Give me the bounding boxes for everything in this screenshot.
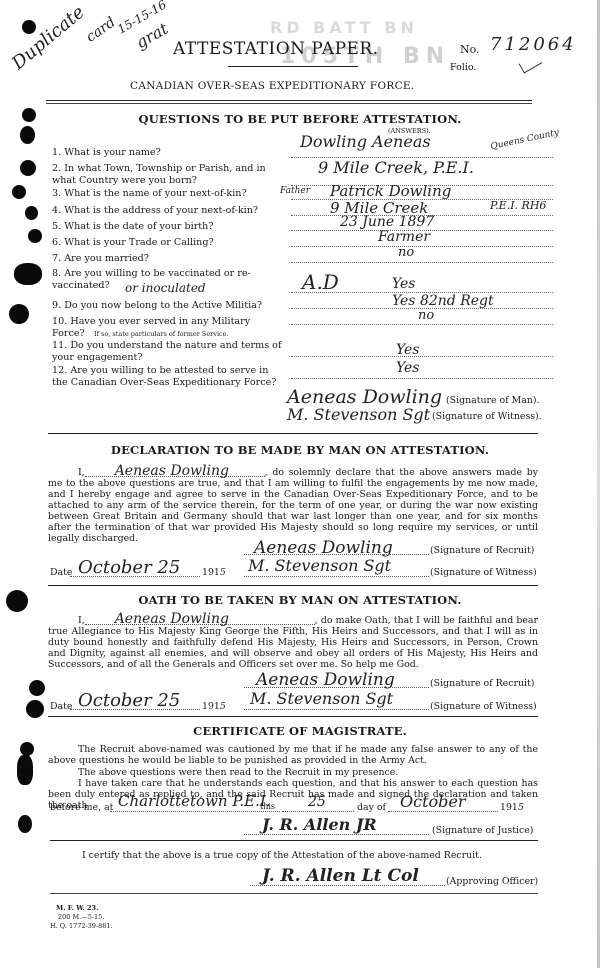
answer-8-initials: A.D	[302, 270, 339, 294]
hole-punch	[20, 126, 35, 144]
answer-7: no	[398, 245, 414, 260]
oath-year: 1915	[202, 701, 226, 712]
folio-label: Folio.	[450, 62, 476, 73]
magistrate-place: Charlottetown P.E.I.	[118, 792, 271, 810]
declaration-text: I,Aeneas Dowling, do solemnly declare th…	[48, 466, 538, 544]
footer-rule	[50, 893, 538, 894]
oath-name: Aeneas Dowling	[85, 614, 315, 625]
hole-punch	[25, 206, 38, 220]
section-rule	[48, 585, 538, 586]
day-of-label: day of	[357, 802, 386, 813]
document-title: ATTESTATION PAPER.	[173, 39, 379, 59]
oath-heading: OATH TO BE TAKEN BY MAN ON ATTESTATION.	[0, 593, 600, 607]
number-label: No.	[460, 43, 480, 56]
answer-10: no	[418, 308, 434, 323]
answer-line	[291, 324, 553, 325]
hole-punch	[14, 263, 42, 285]
questions-heading: QUESTIONS TO BE PUT BEFORE ATTESTATION.	[0, 112, 600, 126]
header-rule	[46, 100, 532, 101]
question-4: 4. What is the address of your next-of-k…	[52, 205, 282, 217]
signature-line	[244, 576, 429, 577]
magistrate-para-1: The Recruit above-named was cautioned by…	[48, 744, 538, 766]
magistrate-month: October	[400, 792, 466, 811]
oath-signature-witness: M. Stevenson Sgt	[250, 689, 393, 708]
signature-line	[244, 687, 429, 688]
oath-date: October 25	[78, 690, 180, 711]
hole-punch	[22, 20, 36, 34]
answer-line	[291, 246, 553, 247]
question-3: 3. What is the name of your next-of-kin?	[52, 188, 282, 200]
oath-text: I,Aeneas Dowling, do make Oath, that I w…	[48, 614, 538, 670]
magistrate-para-2: The above questions were then read to th…	[48, 767, 538, 778]
question-7: 7. Are you married?	[52, 253, 282, 265]
declaration-name: Aeneas Dowling	[85, 466, 265, 477]
regimental-number: 712064	[490, 34, 577, 55]
certification-text: I certify that the above is a true copy …	[82, 850, 482, 861]
signature-line	[244, 834, 429, 835]
hole-punch	[28, 229, 42, 243]
signature-line	[244, 709, 429, 710]
section-rule	[50, 840, 538, 841]
checkmark-icon	[519, 53, 543, 73]
hq-reference: H. Q. 1772-39-881.	[50, 922, 113, 930]
form-code: M. F. W. 23.	[56, 904, 98, 912]
oath-signature-witness-label: (Signature of Witness)	[430, 701, 537, 712]
question-10-note: If so, state particulars of former Servi…	[94, 330, 229, 338]
oath-signature-recruit-label: (Signature of Recruit)	[430, 678, 534, 689]
title-underline	[228, 66, 358, 67]
hole-punch	[12, 185, 26, 199]
before-me-label: before me, at	[50, 802, 113, 813]
declaration-signature-witness: M. Stevenson Sgt	[248, 556, 391, 575]
declaration-heading: DECLARATION TO BE MADE BY MAN ON ATTESTA…	[0, 443, 600, 457]
signature-justice-label: (Signature of Justice)	[432, 825, 533, 836]
hole-punch	[9, 304, 29, 324]
hole-punch	[20, 742, 34, 756]
signature-officer: J. R. Allen Lt Col	[262, 866, 419, 886]
hole-punch	[20, 160, 36, 176]
answer-6: Farmer	[378, 229, 430, 245]
date-line	[70, 709, 200, 710]
signature-man-label: (Signature of Man).	[446, 395, 539, 406]
signature-witness: M. Stevenson Sgt	[287, 405, 430, 424]
magistrate-heading: CERTIFICATE OF MAGISTRATE.	[0, 724, 600, 738]
signature-line	[250, 885, 445, 886]
magistrate-year: 1915	[500, 802, 524, 813]
answer-line	[291, 356, 553, 357]
day-line	[282, 811, 354, 812]
hole-punch	[26, 700, 44, 718]
answer-9: Yes 82nd Regt	[392, 293, 494, 309]
question-6: 6. What is your Trade or Calling?	[52, 237, 282, 249]
answer-1: Dowling Aeneas	[300, 132, 431, 151]
month-line	[388, 811, 498, 812]
answer-8: Yes	[392, 276, 416, 292]
answer-12: Yes	[396, 360, 420, 376]
place-line	[110, 811, 280, 812]
answer-4-suffix: P.E.I. RH6	[490, 199, 546, 212]
question-11: 11. Do you understand the nature and ter…	[52, 340, 282, 364]
declaration-signature-recruit-label: (Signature of Recruit)	[430, 545, 534, 556]
answer-3-prefix: Father	[280, 186, 310, 196]
answer-2-annotation: Queens County	[490, 128, 560, 152]
date-line	[70, 576, 200, 577]
oath-date-label: Date	[50, 701, 72, 712]
section-rule	[48, 433, 538, 434]
question-5: 5. What is the date of your birth?	[52, 221, 282, 233]
declaration-date: October 25	[78, 557, 180, 578]
answer-5: 23 June 1897	[340, 214, 434, 230]
answer-3: Patrick Dowling	[330, 182, 451, 200]
declaration-signature-recruit: Aeneas Dowling	[254, 538, 393, 558]
question-2: 2. In what Town, Township or Parish, and…	[52, 163, 282, 187]
section-rule	[48, 716, 538, 717]
question-1: 1. What is your name?	[52, 147, 282, 159]
question-9: 9. Do you now belong to the Active Milit…	[52, 300, 282, 312]
magistrate-day: 25	[308, 794, 326, 810]
this-label: this	[260, 802, 275, 811]
hole-punch	[29, 680, 45, 696]
answer-line	[291, 262, 553, 263]
signature-officer-label: (Approving Officer)	[446, 876, 538, 887]
vaccination-note: or inoculated	[125, 281, 206, 295]
question-12: 12. Are you willing to be attested to se…	[52, 365, 282, 389]
signature-witness-label: (Signature of Witness).	[432, 411, 542, 422]
answer-11: Yes	[396, 342, 420, 358]
battalion-stamp-faint: RD BATT BN	[270, 18, 418, 37]
declaration-year: 1915	[202, 567, 226, 578]
document-subtitle: CANADIAN OVER-SEAS EXPEDITIONARY FORCE.	[130, 80, 415, 92]
margin-note-card: card	[83, 14, 118, 45]
answer-2: 9 Mile Creek, P.E.I.	[318, 158, 474, 177]
answer-line	[291, 378, 553, 379]
signature-line	[244, 554, 429, 555]
signature-justice: J. R. Allen JR	[262, 815, 377, 834]
header-rule-2	[46, 103, 532, 104]
hole-punch	[18, 815, 32, 833]
hole-punch	[17, 755, 33, 785]
declaration-signature-witness-label: (Signature of Witness)	[430, 567, 537, 578]
print-run: 200 M.—5-15.	[58, 913, 104, 921]
margin-note-duplicate: Duplicate	[8, 2, 89, 75]
